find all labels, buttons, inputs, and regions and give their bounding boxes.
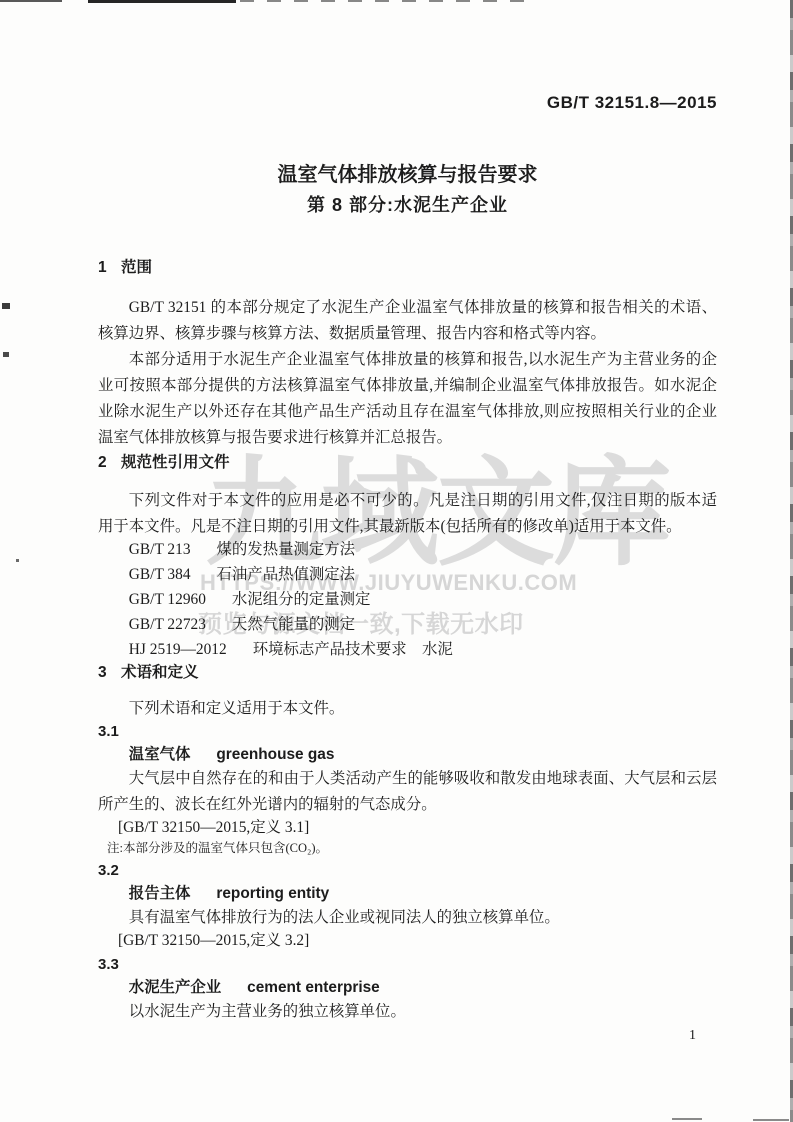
- page-number: 1: [689, 1028, 696, 1044]
- paragraph: 本部分适用于水泥生产企业温室气体排放量的核算和报告,以水泥生产为主营业务的企业可…: [98, 347, 717, 451]
- term-name-zh: 水泥生产企业: [129, 979, 221, 996]
- scan-artifact-top-edge: [0, 0, 62, 2]
- scan-artifact-bottom-edge: [753, 1119, 789, 1121]
- term-title: 报告主体reporting entity: [98, 882, 717, 905]
- term-number: 3.1: [98, 721, 717, 743]
- paragraph: 下列文件对于本文件的应用是必不可少的。凡是注日期的引用文件,仅注日期的版本适用于…: [98, 488, 717, 539]
- paragraph: GB/T 32151 的本部分规定了水泥生产企业温室气体排放量的核算和报告相关的…: [98, 295, 717, 347]
- reference-code: HJ 2519—2012: [129, 641, 227, 658]
- term-name-en: reporting entity: [216, 885, 329, 902]
- term-source-reference: [GB/T 32150—2015,定义 3.2]: [98, 930, 717, 952]
- section-heading-normative-references: 2规范性引用文件: [98, 452, 717, 474]
- scan-artifact-speck: [3, 352, 9, 357]
- section-heading-scope: 1范围: [98, 257, 717, 279]
- reference-title: 水泥组分的定量测定: [232, 591, 371, 608]
- standard-code: GB/T 32151.8—2015: [98, 93, 717, 113]
- term-name-zh: 报告主体: [129, 885, 191, 902]
- term-definition: 大气层中自然存在的和由于人类活动产生的能够吸收和散发由地球表面、大气层和云层所产…: [98, 766, 717, 817]
- reference-list: GB/T 213煤的发热量测定方法 GB/T 384石油产品热值测定法 GB/T…: [98, 537, 717, 662]
- term-title: 温室气体greenhouse gas: [98, 743, 717, 766]
- reference-item: GB/T 384石油产品热值测定法: [98, 562, 717, 587]
- section-number: 3: [98, 662, 108, 684]
- term-name-en: cement enterprise: [247, 979, 380, 996]
- reference-title: 环境标志产品技术要求 水泥: [253, 641, 453, 658]
- reference-title: 石油产品热值测定法: [217, 566, 356, 583]
- section-number: 2: [98, 452, 108, 474]
- term-number: 3.3: [98, 954, 717, 976]
- term-source-reference: [GB/T 32150—2015,定义 3.1]: [98, 817, 717, 839]
- reference-item: GB/T 213煤的发热量测定方法: [98, 537, 717, 562]
- reference-code: GB/T 213: [129, 541, 191, 558]
- reference-code: GB/T 22723: [129, 616, 206, 633]
- section-number: 1: [98, 257, 108, 279]
- term-name-en: greenhouse gas: [216, 746, 334, 763]
- document-title-line2: 第 8 部分:水泥生产企业: [98, 194, 717, 216]
- term-title: 水泥生产企业cement enterprise: [98, 976, 717, 999]
- paragraph: 下列术语和定义适用于本文件。: [98, 696, 717, 721]
- reference-title: 天然气能量的测定: [232, 616, 355, 633]
- document-page: 九域文库 HTTPS://WWW.JIUYUWENKU.COM 预览与源文档一致…: [0, 0, 793, 1122]
- section-heading-terms-definitions: 3术语和定义: [98, 662, 717, 684]
- section-title: 范围: [121, 259, 152, 276]
- reference-title: 煤的发热量测定方法: [217, 541, 356, 558]
- reference-code: GB/T 384: [129, 566, 191, 583]
- document-content: GB/T 32151.8—2015 温室气体排放核算与报告要求 第 8 部分:水…: [98, 0, 717, 1024]
- scan-artifact-bottom-edge: [672, 1118, 702, 1120]
- term-definition: 具有温室气体排放行为的法人企业或视同法人的独立核算单位。: [98, 905, 717, 930]
- section-title: 术语和定义: [121, 664, 199, 681]
- term-name-zh: 温室气体: [129, 746, 191, 763]
- document-title-line1: 温室气体排放核算与报告要求: [98, 163, 717, 187]
- scan-artifact-speck: [16, 559, 19, 562]
- reference-item: GB/T 12960水泥组分的定量测定: [98, 587, 717, 612]
- term-number: 3.2: [98, 860, 717, 882]
- section-title: 规范性引用文件: [121, 454, 230, 471]
- term-definition: 以水泥生产为主营业务的独立核算单位。: [98, 999, 717, 1024]
- reference-item: HJ 2519—2012环境标志产品技术要求 水泥: [98, 637, 717, 662]
- reference-code: GB/T 12960: [129, 591, 206, 608]
- term-note: 注:本部分涉及的温室气体只包含(CO₂)。: [98, 839, 717, 858]
- reference-item: GB/T 22723天然气能量的测定: [98, 612, 717, 637]
- scan-artifact-speck: [2, 303, 10, 309]
